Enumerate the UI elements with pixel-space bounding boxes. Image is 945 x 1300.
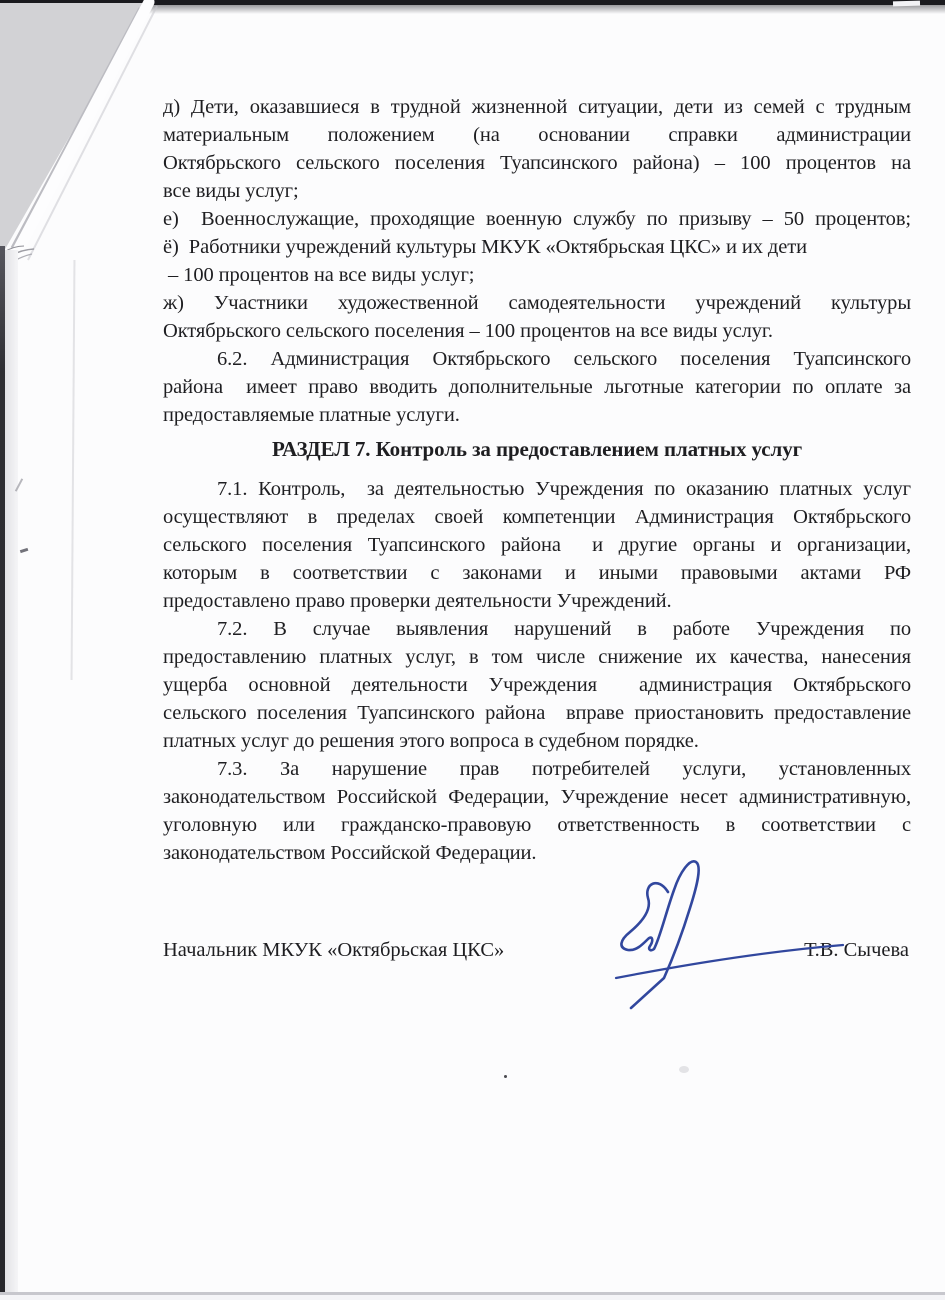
text-line: Октябрьского сельского поселения Туапсин… bbox=[163, 149, 911, 177]
paper-crease bbox=[71, 260, 75, 680]
text-line: материальным положением (на основании сп… bbox=[163, 121, 911, 149]
text-line: уголовную или гражданско-правовую ответс… bbox=[163, 811, 911, 839]
text-line: д) Дети, оказавшиеся в трудной жизненной… bbox=[163, 93, 911, 121]
text-line: предоставлено право проверки деятельност… bbox=[163, 587, 911, 615]
handwritten-signature bbox=[598, 848, 858, 1016]
text-line: предоставлению платных услуг, в том числ… bbox=[163, 643, 911, 671]
text-line: законодательством Российской Федерации, … bbox=[163, 783, 911, 811]
text-line: района имеет право вводить дополнительны… bbox=[163, 373, 911, 401]
scan-bottom-margin bbox=[0, 1295, 945, 1300]
text-line: ё) Работники учреждений культуры МКУК «О… bbox=[163, 233, 911, 261]
text-line: 7.3. За нарушение прав потребителей услу… bbox=[163, 755, 911, 783]
text-line: ущерба основной деятельности Учреждения … bbox=[163, 671, 911, 699]
section-heading: РАЗДЕЛ 7. Контроль за предоставлением пл… bbox=[163, 435, 911, 463]
scan-mark bbox=[20, 548, 28, 553]
text-line: сельского поселения Туапсинского района … bbox=[163, 531, 911, 559]
scan-speck bbox=[504, 1075, 507, 1078]
text-line: 6.2. Администрация Октябрьского сельског… bbox=[163, 345, 911, 373]
text-line: осуществляют в пределах своей компетенци… bbox=[163, 503, 911, 531]
scan-top-notch bbox=[893, 1, 920, 6]
text-line: которым в соответствии с законами и иным… bbox=[163, 559, 911, 587]
text-line: все виды услуг; bbox=[163, 177, 911, 205]
text-line: е) Военнослужащие, проходящие военную сл… bbox=[163, 205, 911, 233]
scan-left-edge-highlight bbox=[5, 250, 18, 1297]
text-line: ж) Участники художественной самодеятельн… bbox=[163, 289, 911, 317]
text-line: 7.1. Контроль, за деятельностью Учрежден… bbox=[163, 475, 911, 503]
folded-corner bbox=[0, 0, 175, 295]
scanned-document-page: д) Дети, оказавшиеся в трудной жизненной… bbox=[0, 0, 945, 1300]
signatory-position-label: Начальник МКУК «Октябрьская ЦКС» bbox=[163, 936, 504, 964]
scan-smudge bbox=[679, 1066, 689, 1073]
text-line: 7.2. В случае выявления нарушений в рабо… bbox=[163, 615, 911, 643]
text-line: платных услуг до решения этого вопроса в… bbox=[163, 727, 911, 755]
text-line: – 100 процентов на все виды услуг; bbox=[163, 261, 911, 289]
text-line: предоставляемые платные услуги. bbox=[163, 401, 911, 429]
document-text: д) Дети, оказавшиеся в трудной жизненной… bbox=[163, 93, 911, 867]
text-line: сельского поселения Туапсинского района … bbox=[163, 699, 911, 727]
text-line: Октябрьского сельского поселения – 100 п… bbox=[163, 317, 911, 345]
